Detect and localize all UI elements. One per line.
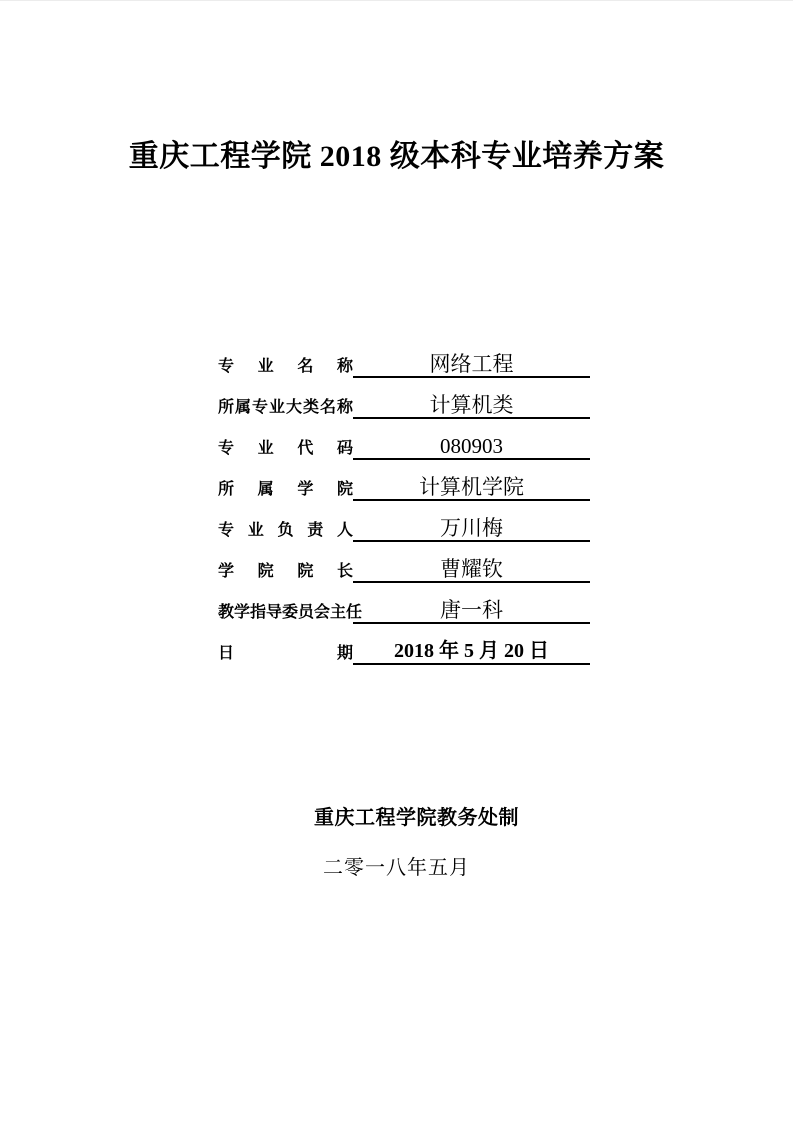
footer-publisher: 重庆工程学院教务处制 [0, 807, 793, 829]
form-row-school: 所属学院 计算机学院 [218, 460, 590, 501]
field-label: 日期 [218, 645, 353, 665]
field-label: 学院院长 [218, 563, 353, 583]
field-value-underline: 计算机类 [353, 394, 590, 419]
document-page: 重庆工程学院 2018 级本科专业培养方案 专业名称 网络工程 所属专业大类名称… [0, 0, 793, 1122]
field-value-underline: 2018 年 5 月 20 日 [353, 641, 590, 665]
field-label: 专业代码 [218, 440, 353, 460]
form-row-major-leader: 专业负责人 万川梅 [218, 501, 590, 542]
field-label: 专业负责人 [218, 522, 353, 542]
field-value-underline: 计算机学院 [353, 476, 590, 501]
form-row-major-name: 专业名称 网络工程 [218, 337, 590, 378]
field-value-underline: 曹耀钦 [353, 558, 590, 583]
form-row-dean: 学院院长 曹耀钦 [218, 542, 590, 583]
form-row-major-code: 专业代码 080903 [218, 419, 590, 460]
field-value-underline: 唐一科 [353, 599, 590, 624]
field-label: 所属学院 [218, 481, 353, 501]
form-row-major-category: 所属专业大类名称 计算机类 [218, 378, 590, 419]
form-row-committee-chair: 教学指导委员会主任 唐一科 [218, 583, 590, 624]
field-value-underline: 网络工程 [353, 353, 590, 378]
document-title: 重庆工程学院 2018 级本科专业培养方案 [0, 140, 793, 173]
cover-form: 专业名称 网络工程 所属专业大类名称 计算机类 专业代码 080903 所属学院… [218, 337, 590, 665]
field-label: 所属专业大类名称 [218, 399, 353, 419]
field-label: 专业名称 [218, 358, 353, 378]
form-row-date: 日期 2018 年 5 月 20 日 [218, 624, 590, 665]
field-label: 教学指导委员会主任 [218, 604, 353, 624]
field-value-underline: 080903 [353, 435, 590, 460]
footer-date: 二零一八年五月 [0, 857, 793, 879]
field-value-underline: 万川梅 [353, 517, 590, 542]
